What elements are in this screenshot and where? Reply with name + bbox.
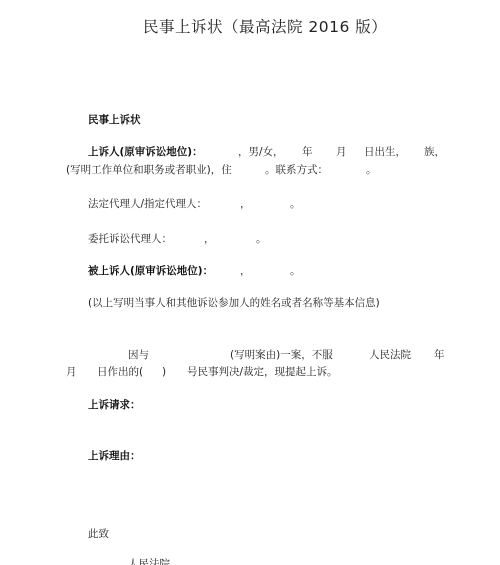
case-with: 因与 [128, 350, 149, 361]
entrusted-agent-comma: ， [204, 234, 215, 245]
case-court: 人民法院 [369, 350, 411, 361]
appellant-gender: ，男/女， [238, 147, 284, 158]
document-page: 民事上诉状（最高法院 2016 版） 民事上诉状 上诉人(原审诉讼地位)： ，男… [0, 0, 500, 565]
legal-agent-label: 法定代理人/指定代理人： [88, 199, 207, 210]
document-title: 民事上诉状（最高法院 2016 版） [143, 20, 387, 36]
appeal-reason-label: 上诉理由： [88, 451, 141, 462]
appellant-month: 月 [336, 147, 347, 158]
appellant-year: 年 [302, 147, 313, 158]
case-year: 年 [434, 350, 445, 361]
case-judgment: 号民事判决/裁定，现提起上诉。 [187, 367, 338, 378]
appellant-contact-label: 。联系方式： [265, 165, 328, 176]
entrusted-agent-period: 。 [256, 234, 267, 245]
case-day-made: 日作出的( [97, 367, 143, 378]
appellant-birth: 日出生， [364, 147, 406, 158]
case-paren-close: ) [162, 367, 166, 378]
section-heading: 民事上诉状 [88, 115, 141, 126]
court-name: 人民法院 [128, 559, 170, 565]
parties-note: (以上写明当事人和其他诉讼参加人的姓名或者名称等基本信息) [88, 298, 380, 309]
appellant-work-info: (写明工作单位和职务或者职业)，住 [66, 165, 232, 176]
appellant-ethnicity: 族， [424, 147, 445, 158]
legal-agent-period: 。 [290, 199, 301, 210]
case-cause: (写明案由)一案，不服 [230, 350, 333, 361]
closing-text: 此致 [88, 529, 109, 540]
appellee-period: 。 [290, 266, 301, 277]
appellant-contact-end: 。 [366, 165, 377, 176]
appellee-comma: ， [240, 266, 251, 277]
case-month: 月 [66, 367, 77, 378]
appellee-label: 被上诉人(原审诉讼地位)： [88, 266, 213, 277]
entrusted-agent-label: 委托诉讼代理人： [88, 234, 172, 245]
legal-agent-comma: ， [240, 199, 251, 210]
appellant-label: 上诉人(原审诉讼地位)： [88, 147, 203, 158]
appeal-request-label: 上诉请求： [88, 400, 141, 411]
